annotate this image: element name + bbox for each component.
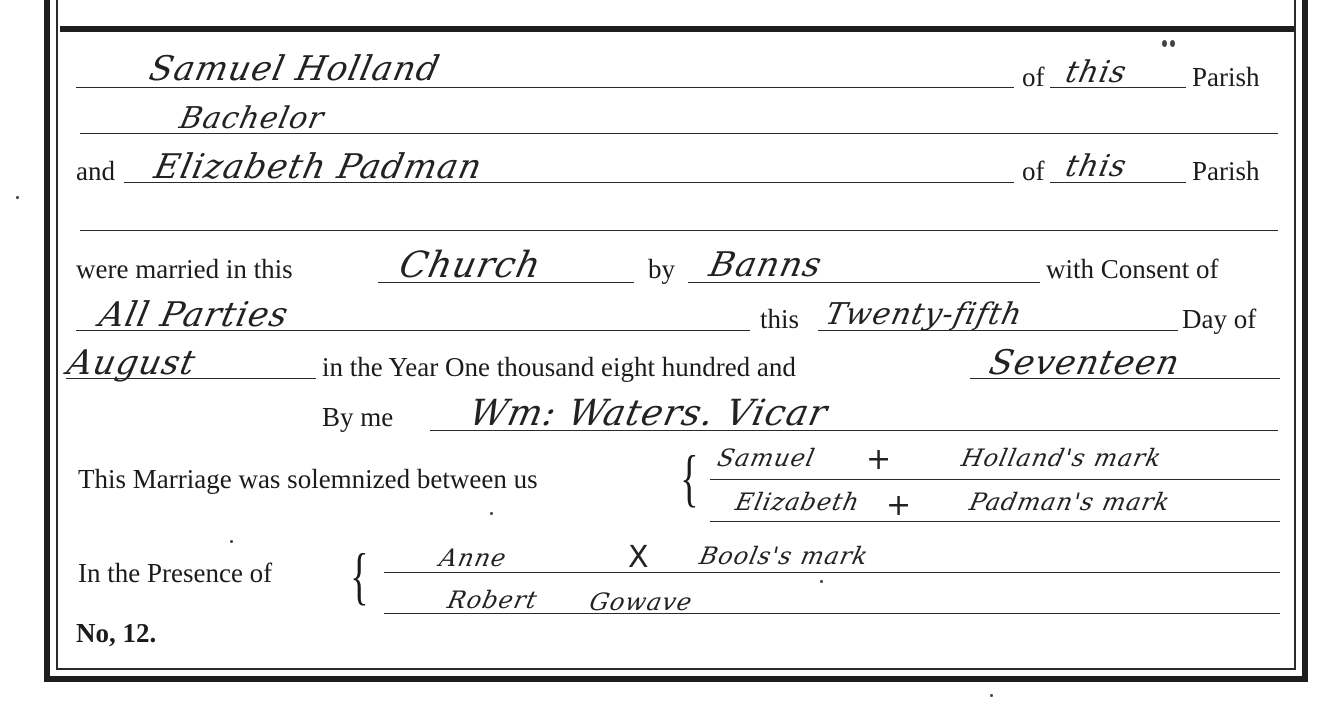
this-label: this <box>760 306 799 333</box>
bride-parish-line <box>1050 182 1186 183</box>
groom-signature-line <box>710 479 1280 480</box>
by-label: by <box>648 256 675 283</box>
bride-name-line <box>124 182 1014 183</box>
solemnized-brace: { <box>680 446 698 510</box>
consent-value: All Parties <box>96 298 291 332</box>
consent-line <box>76 330 750 331</box>
by-me-label: By me <box>322 404 393 431</box>
groom-name-line <box>76 87 1014 88</box>
bride-parish-label: Parish <box>1192 158 1260 185</box>
bride-condition-line <box>80 230 1278 231</box>
scan-speck <box>990 694 993 697</box>
place-line <box>378 282 634 283</box>
married-label: were married in this <box>76 256 293 283</box>
consent-label: with Consent of <box>1046 256 1219 283</box>
bride-signature-first: Elizabeth <box>733 490 862 514</box>
bride-signature-line <box>710 521 1280 522</box>
witness2-rest: Gowave <box>587 590 694 614</box>
witnesses-brace: { <box>350 544 368 608</box>
witnesses-label: In the Presence of <box>78 560 272 587</box>
method-line <box>688 282 1040 283</box>
groom-signature-rest: Holland's mark <box>959 446 1164 470</box>
ceremony-day: Twenty-fifth <box>823 300 1025 330</box>
officiant-line <box>430 430 1278 431</box>
ceremony-method: Banns <box>706 248 825 282</box>
scan-speck <box>16 196 19 199</box>
groom-of-label: of <box>1022 64 1045 91</box>
ceremony-month: August <box>64 346 198 380</box>
groom-signature-first: Samuel <box>715 446 817 470</box>
groom-parish-value: this <box>1063 58 1130 88</box>
condition-line <box>80 133 1278 134</box>
day-of-label: Day of <box>1182 306 1256 333</box>
witness1-first: Anne <box>437 546 509 570</box>
bride-signature-rest: Padman's mark <box>967 490 1172 514</box>
year-label: in the Year One thousand eight hundred a… <box>322 354 796 381</box>
officiant-name: Wm: Waters. Vicar <box>466 396 831 432</box>
entry-number: No, 12. <box>76 620 156 647</box>
top-heavy-rule <box>60 26 1294 32</box>
scan-speck <box>230 540 233 543</box>
witness2-first: Robert <box>445 588 539 612</box>
witness1-mark-cross: X <box>628 540 649 575</box>
ink-blot <box>1162 40 1167 47</box>
witness1-line <box>384 572 1280 573</box>
groom-condition: Bachelor <box>177 104 327 134</box>
bride-mark-cross: + <box>886 488 911 523</box>
bride-of-label: of <box>1022 158 1045 185</box>
month-line <box>66 378 316 379</box>
scan-speck <box>490 512 493 515</box>
day-line <box>818 330 1178 331</box>
groom-mark-cross: + <box>866 442 891 477</box>
solemnized-label: This Marriage was solemnized between us <box>78 466 538 493</box>
ceremony-year: Seventeen <box>986 346 1183 380</box>
witness2-line <box>384 613 1280 614</box>
groom-name: Samuel Holland <box>146 52 443 86</box>
witness1-rest: Bools's mark <box>697 544 870 568</box>
bride-name: Elizabeth Padman <box>151 150 485 184</box>
ceremony-place: Church <box>396 248 544 284</box>
scan-speck <box>820 580 823 583</box>
bride-parish-value: this <box>1063 152 1130 182</box>
year-line <box>970 378 1280 379</box>
and-label: and <box>76 158 115 185</box>
groom-parish-label: Parish <box>1192 64 1260 91</box>
ink-blot <box>1170 40 1175 47</box>
groom-parish-line <box>1050 87 1186 88</box>
